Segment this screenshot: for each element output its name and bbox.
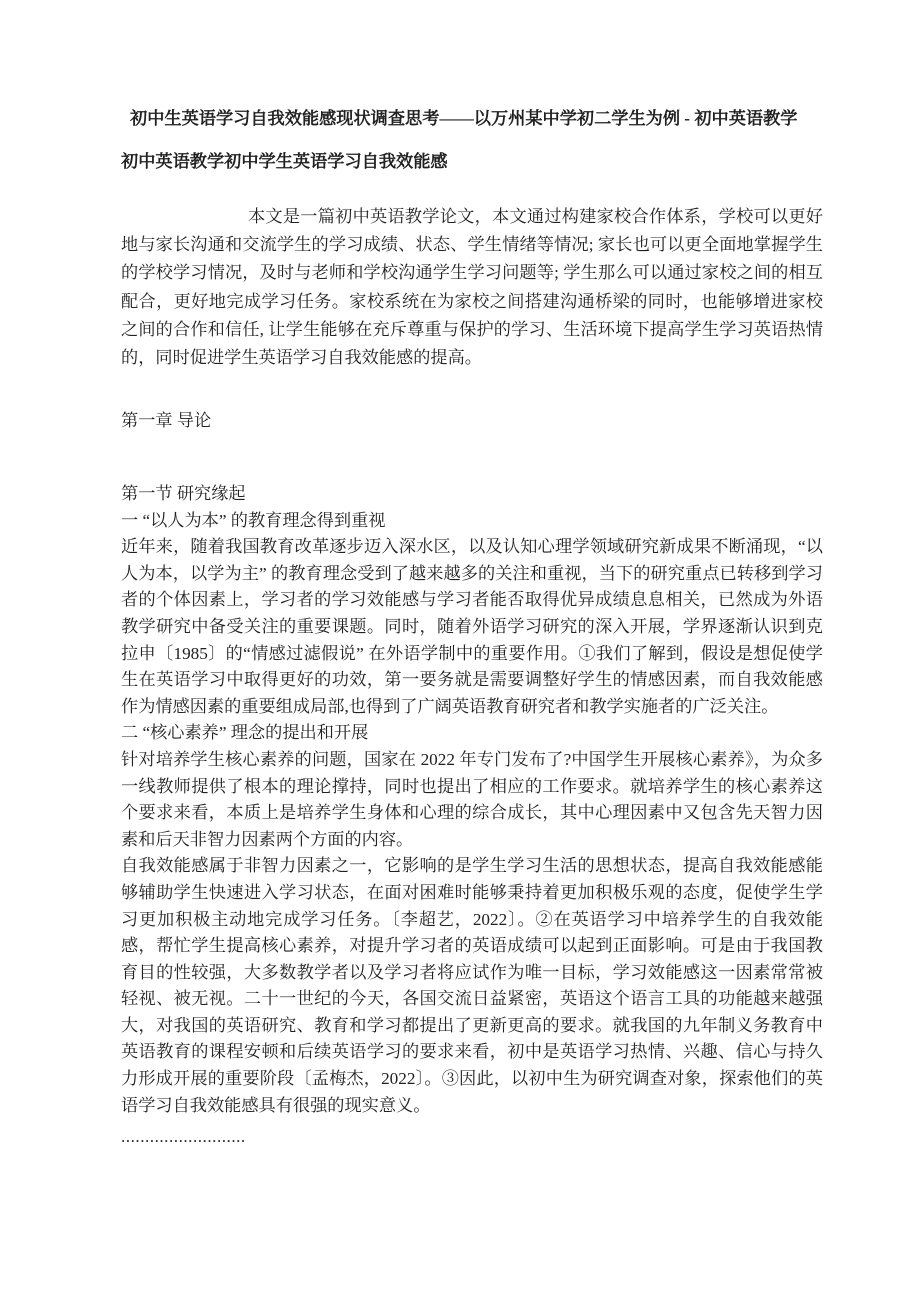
ellipsis-line: .......................... [121,1124,823,1151]
chapter-heading: 第一章 导论 [121,408,823,434]
section-heading: 第一节 研究缘起 [121,481,823,508]
paragraph-2: 针对培养学生核心素养的问题，国家在 2022 年专门发布了?中国学生开展核心素养… [121,747,823,853]
subsection-2-heading: 二 “核心素养” 理念的提出和开展 [121,720,823,747]
document-keywords: 初中英语教学初中学生英语学习自我效能感 [121,149,823,175]
subsection-1-heading: 一 “以人为本” 的教育理念得到重视 [121,508,823,535]
abstract-paragraph: 本文是一篇初中英语教学论文，本文通过构建家校合作体系，学校可以更好地与家长沟通和… [121,203,823,372]
document-page: 初中生英语学习自我效能感现状调查思考——以万州某中学初二学生为例 - 初中英语教… [0,0,920,1302]
document-title: 初中生英语学习自我效能感现状调查思考——以万州某中学初二学生为例 - 初中英语教… [121,106,840,132]
document-body: 第一节 研究缘起 一 “以人为本” 的教育理念得到重视 近年来，随着我国教育改革… [121,481,823,1151]
paragraph-1: 近年来，随着我国教育改革逐步迈入深水区，以及认知心理学领域研究新成果不断涌现，“… [121,534,823,720]
paragraph-3: 自我效能感属于非智力因素之一，它影响的是学生学习生活的思想状态，提高自我效能感能… [121,853,823,1119]
